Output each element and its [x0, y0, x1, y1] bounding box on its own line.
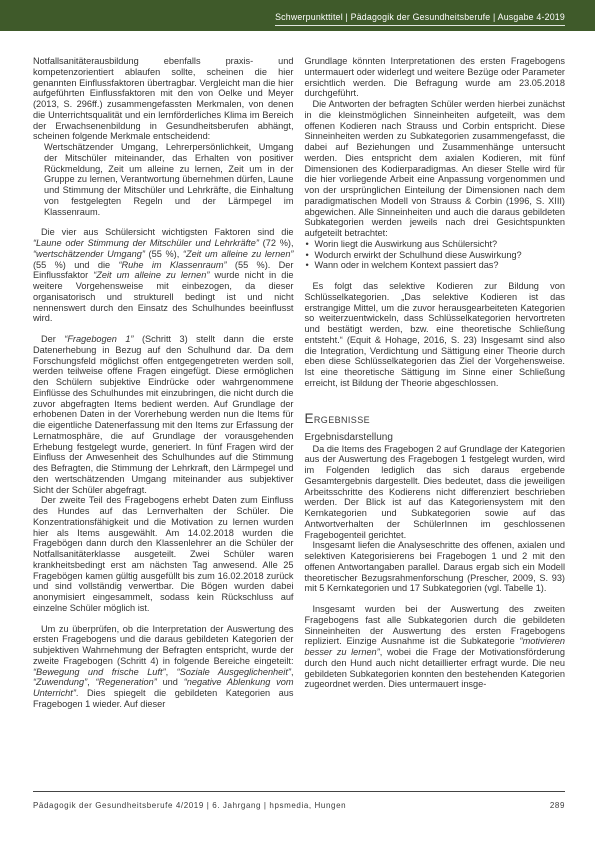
emphasized-text: “Bewegung und frische Luft”	[33, 667, 166, 677]
text-run: Um zu überprüfen, ob die Interpretation …	[33, 624, 294, 666]
bullet-item: •Wann oder in welchem Kontext passiert d…	[305, 260, 566, 271]
text-run: Insgesamt liefen die Analyseschritte des…	[305, 540, 566, 593]
text-run: (72 %),	[259, 238, 294, 248]
text-run: Grundlage könnten Interpretationen des e…	[305, 56, 566, 98]
text-run: und	[157, 677, 184, 687]
paragraph: Insgesamt wurden bei der Auswertung des …	[305, 604, 566, 690]
emphasized-text: “Regeneration”	[95, 677, 156, 687]
text-run: ,	[166, 667, 177, 677]
bullet-text: Worin liegt die Auswirkung aus Schülersi…	[315, 239, 498, 249]
text-run: Die vier aus Schülersicht wichtigsten Fa…	[41, 227, 294, 237]
text-run: Der zweite Teil des Fragebogens erhebt D…	[33, 495, 294, 613]
text-run: Notfallsanitäterausbildung ebenfalls pra…	[33, 56, 294, 141]
text-run: Es folgt das selektive Kodieren zur Bild…	[305, 281, 566, 388]
text-run: Wertschätzender Umgang, Lehrerpersönlich…	[44, 142, 294, 217]
bullet-text: Wann oder in welchem Kontext passiert da…	[315, 260, 499, 270]
left-column: Notfallsanitäterausbildung ebenfalls pra…	[33, 56, 294, 791]
bullet-item: •Worin liegt die Auswirkung aus Schülers…	[305, 239, 566, 250]
paragraph: Insgesamt liefen die Analyseschritte des…	[305, 540, 566, 594]
block-quote: Wertschätzender Umgang, Lehrerpersönlich…	[44, 142, 294, 217]
emphasized-text: “Zuwendung”	[33, 677, 87, 687]
section-heading: Ergebnisse	[305, 411, 566, 426]
bullet-text: Wodurch erwirkt der Schulhund diese Ausw…	[315, 250, 522, 260]
page-content: Notfallsanitäterausbildung ebenfalls pra…	[33, 56, 565, 791]
emphasized-text: “Fragebogen 1”	[64, 334, 133, 344]
bullet-icon: •	[306, 260, 309, 271]
paragraph: Die vier aus Schülersicht wichtigsten Fa…	[33, 227, 294, 324]
paragraph: Grundlage könnten Interpretationen des e…	[305, 56, 566, 99]
bullet-icon: •	[306, 239, 309, 250]
paragraph: Es folgt das selektive Kodieren zur Bild…	[305, 281, 566, 389]
text-run: (55 %) und die	[33, 260, 118, 270]
footer-row: Pädagogik der Gesundheitsberufe 4/2019 |…	[33, 801, 565, 810]
bullet-list: •Worin liegt die Auswirkung aus Schülers…	[305, 239, 566, 271]
paragraph: Notfallsanitäterausbildung ebenfalls pra…	[33, 56, 294, 142]
sub-heading: Ergebnisdarstellung	[305, 432, 566, 443]
text-run: ,	[291, 667, 294, 677]
emphasized-text: “Ruhe im Klassenraum”	[118, 260, 226, 270]
paragraph: Die Antworten der befragten Schüler werd…	[305, 99, 566, 239]
page-number: 289	[550, 801, 565, 810]
emphasized-text: “Zeit um alleine zu lernen”	[183, 249, 294, 259]
paragraph: Um zu überprüfen, ob die Interpretation …	[33, 624, 294, 710]
page-header-bar: Schwerpunkttitel | Pädagogik der Gesundh…	[0, 0, 595, 31]
footer-divider	[33, 791, 565, 792]
paragraph: Der “Fragebogen 1” (Schritt 3) stellt da…	[33, 334, 294, 495]
journal-page: Schwerpunkttitel | Pädagogik der Gesundh…	[0, 0, 595, 842]
footer-citation: Pädagogik der Gesundheitsberufe 4/2019 |…	[33, 801, 346, 810]
running-head: Schwerpunkttitel | Pädagogik der Gesundh…	[275, 13, 565, 26]
emphasized-text: “Zeit um alleine zu lernen”	[93, 270, 209, 280]
emphasized-text: “Laune oder Stimmung der Mitschüler und …	[33, 238, 259, 248]
text-run: (Schritt 3) stellt dann die erste Datene…	[33, 334, 294, 495]
paragraph: Da die Items des Fragebogen 2 auf Grundl…	[305, 444, 566, 541]
paragraph: Der zweite Teil des Fragebogens erhebt D…	[33, 495, 294, 613]
text-run: Die Antworten der befragten Schüler werd…	[305, 99, 566, 238]
emphasized-text: “Soziale Ausgeglichenheit”	[177, 667, 291, 677]
bullet-icon: •	[306, 250, 309, 261]
text-run: (55 %),	[145, 249, 183, 259]
page-footer: Pädagogik der Gesundheitsberufe 4/2019 |…	[33, 791, 565, 810]
right-column: Grundlage könnten Interpretationen des e…	[305, 56, 566, 791]
emphasized-text: “wertschätzender Umgang”	[33, 249, 145, 259]
bullet-item: •Wodurch erwirkt der Schulhund diese Aus…	[305, 250, 566, 261]
text-run: Der	[41, 334, 64, 344]
text-run: Da die Items des Fragebogen 2 auf Grundl…	[305, 444, 566, 540]
